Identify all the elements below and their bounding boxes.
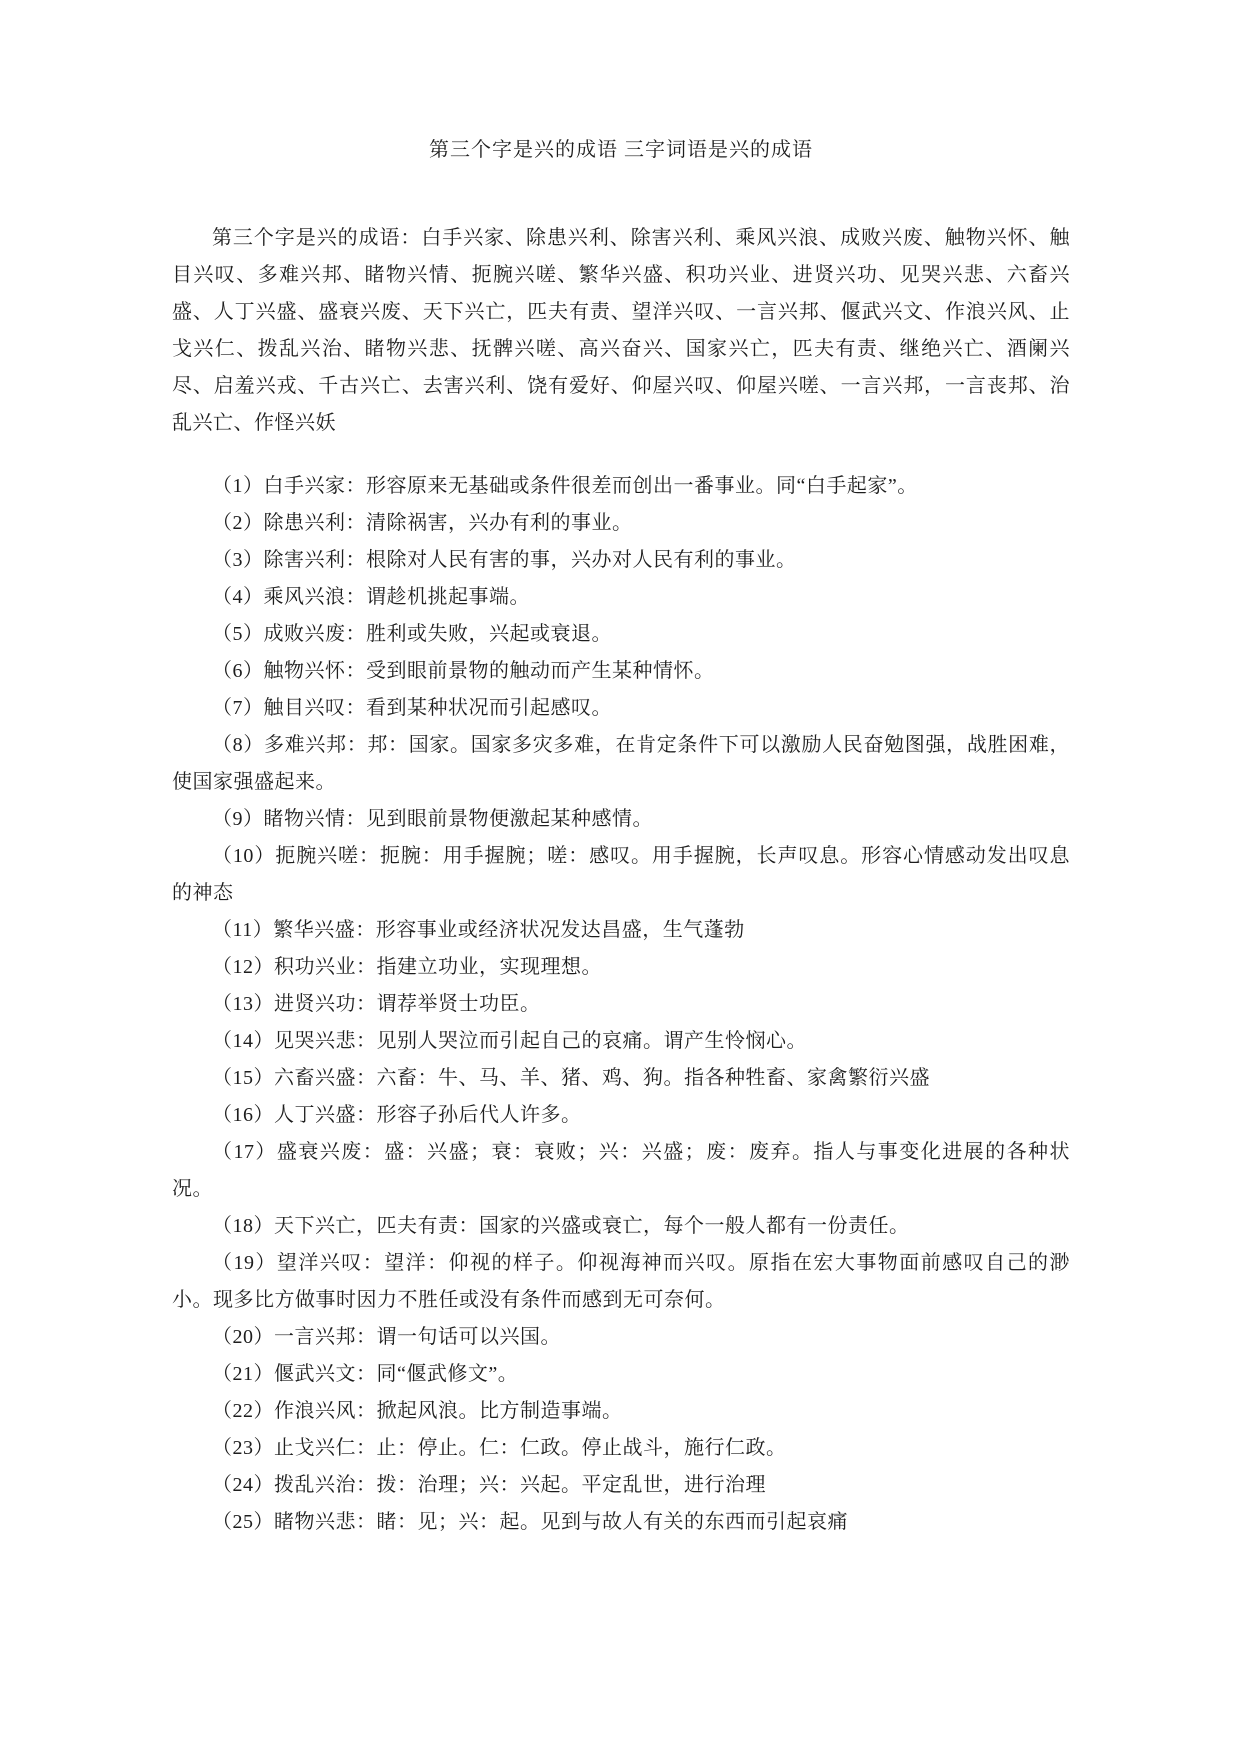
definition-item: （14）见哭兴悲：见别人哭泣而引起自己的哀痛。谓产生怜悯心。 xyxy=(172,1023,1070,1060)
document-page: 第三个字是兴的成语 三字词语是兴的成语 第三个字是兴的成语：白手兴家、除患兴利、… xyxy=(0,0,1240,1753)
definition-item: （3）除害兴利：根除对人民有害的事，兴办对人民有利的事业。 xyxy=(172,542,1070,579)
definition-item: （7）触目兴叹：看到某种状况而引起感叹。 xyxy=(172,690,1070,727)
definition-item: （2）除患兴利：清除祸害，兴办有利的事业。 xyxy=(172,505,1070,542)
intro-paragraph: 第三个字是兴的成语：白手兴家、除患兴利、除害兴利、乘风兴浪、成败兴废、触物兴怀、… xyxy=(172,220,1070,442)
definition-item: （5）成败兴废：胜利或失败，兴起或衰退。 xyxy=(172,616,1070,653)
definition-item: （12）积功兴业：指建立功业，实现理想。 xyxy=(172,949,1070,986)
definition-item: （11）繁华兴盛：形容事业或经济状况发达昌盛，生气蓬勃 xyxy=(172,912,1070,949)
definition-item: （19）望洋兴叹：望洋：仰视的样子。仰视海神而兴叹。原指在宏大事物面前感叹自己的… xyxy=(172,1245,1070,1319)
definition-item: （24）拨乱兴治：拨：治理；兴：兴起。平定乱世，进行治理 xyxy=(172,1467,1070,1504)
definition-item: （21）偃武兴文：同“偃武修文”。 xyxy=(172,1356,1070,1393)
definition-item: （9）睹物兴情：见到眼前景物便激起某种感情。 xyxy=(172,801,1070,838)
definition-item: （1）白手兴家：形容原来无基础或条件很差而创出一番事业。同“白手起家”。 xyxy=(172,468,1070,505)
definition-item: （17）盛衰兴废：盛：兴盛；衰：衰败；兴：兴盛；废：废弃。指人与事变化进展的各种… xyxy=(172,1134,1070,1208)
definition-item: （16）人丁兴盛：形容子孙后代人许多。 xyxy=(172,1097,1070,1134)
definition-item: （8）多难兴邦：邦：国家。国家多灾多难，在肯定条件下可以激励人民奋勉图强，战胜困… xyxy=(172,727,1070,801)
definition-item: （4）乘风兴浪：谓趁机挑起事端。 xyxy=(172,579,1070,616)
definition-item: （10）扼腕兴嗟：扼腕：用手握腕；嗟：感叹。用手握腕，长声叹息。形容心情感动发出… xyxy=(172,838,1070,912)
definition-item: （23）止戈兴仁：止：停止。仁：仁政。停止战斗，施行仁政。 xyxy=(172,1430,1070,1467)
definition-item: （13）进贤兴功：谓荐举贤士功臣。 xyxy=(172,986,1070,1023)
definition-item: （22）作浪兴风：掀起风浪。比方制造事端。 xyxy=(172,1393,1070,1430)
definition-item: （18）天下兴亡，匹夫有责：国家的兴盛或衰亡，每个一般人都有一份责任。 xyxy=(172,1208,1070,1245)
definition-item: （15）六畜兴盛：六畜：牛、马、羊、猪、鸡、狗。指各种牲畜、家禽繁衍兴盛 xyxy=(172,1060,1070,1097)
definitions-list: （1）白手兴家：形容原来无基础或条件很差而创出一番事业。同“白手起家”。（2）除… xyxy=(172,468,1070,1541)
definition-item: （20）一言兴邦：谓一句话可以兴国。 xyxy=(172,1319,1070,1356)
definition-item: （6）触物兴怀：受到眼前景物的触动而产生某种情怀。 xyxy=(172,653,1070,690)
document-title: 第三个字是兴的成语 三字词语是兴的成语 xyxy=(172,136,1070,164)
definition-item: （25）睹物兴悲：睹：见；兴：起。见到与故人有关的东西而引起哀痛 xyxy=(172,1504,1070,1541)
